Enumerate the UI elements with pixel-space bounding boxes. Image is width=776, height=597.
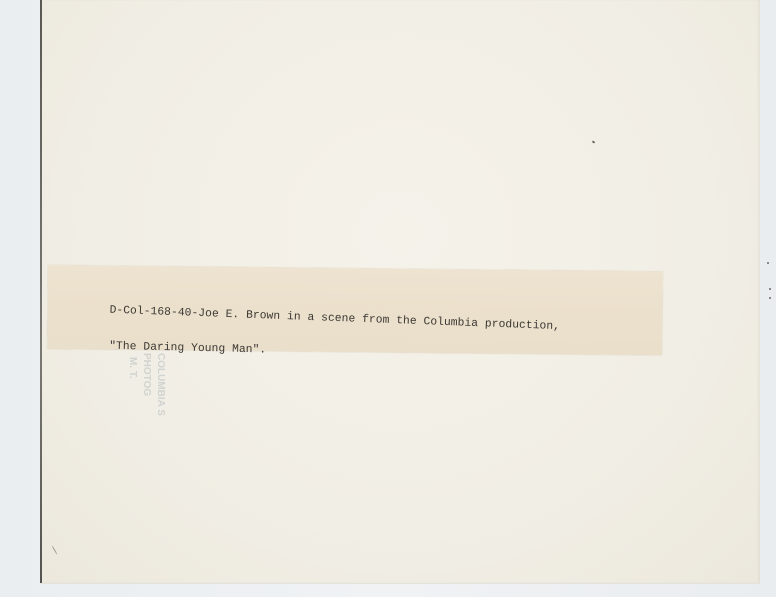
- caption-text: D-Col-168-40-Joe E. Brown in a scene fro…: [109, 281, 561, 382]
- caption-line-2: "The Daring Young Man".: [109, 341, 560, 364]
- scanner-dust: [769, 288, 771, 290]
- scanner-dust: [767, 262, 769, 264]
- caption-line-1: D-Col-168-40-Joe E. Brown in a scene fro…: [109, 305, 560, 334]
- scanner-dust: [769, 297, 771, 299]
- caption-label-strip: D-Col-168-40-Joe E. Brown in a scene fro…: [47, 265, 663, 355]
